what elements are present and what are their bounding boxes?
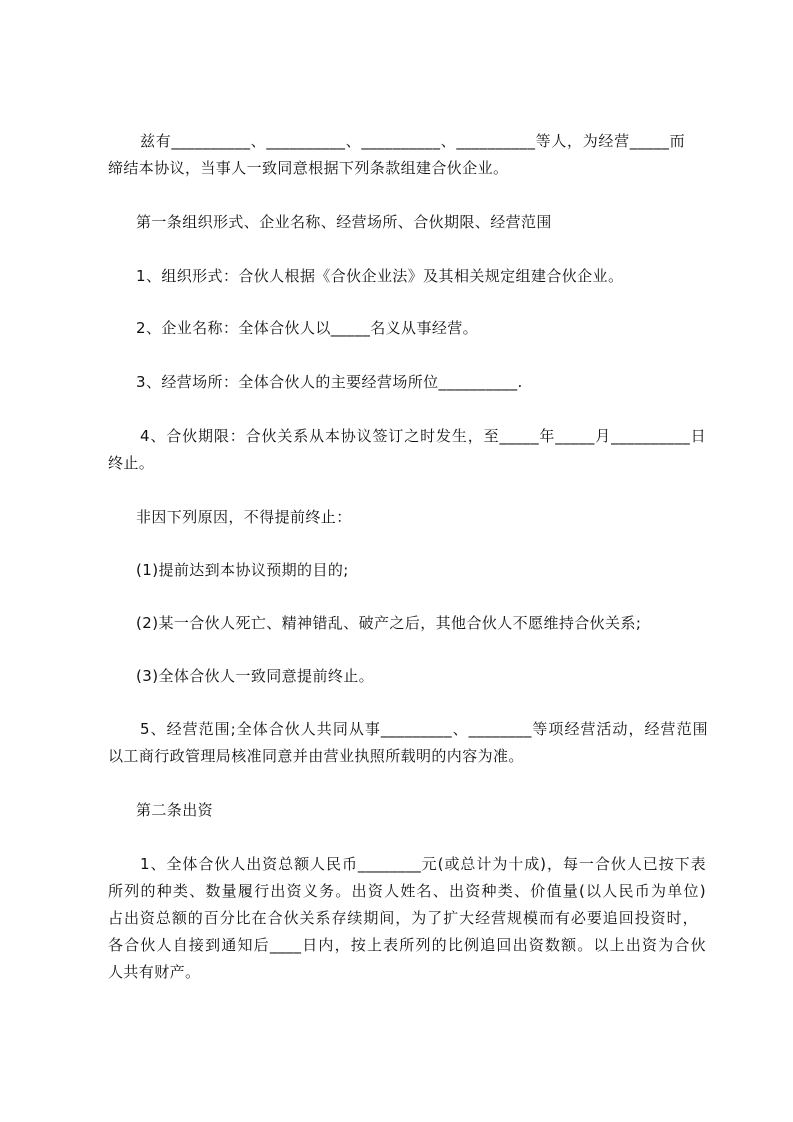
article-2-heading: 第二条出资	[136, 800, 736, 820]
document-page: 兹有__________、__________、__________、_____…	[0, 0, 793, 1122]
termination-clause-1: (1)提前达到本协议预期的目的;	[136, 560, 736, 580]
article-1-item-5-line-1: 5、经营范围;全体合伙人共同从事_________、________等项经营活动…	[140, 719, 708, 739]
article-2-item-1-line-3: 占出资总额的百分比在合伙关系存续期间，为了扩大经营规模而有必要追回投资时，	[108, 908, 698, 928]
article-1-item-4-line-1: 4、合伙期限：合伙关系从本协议签订之时发生，至_____年_____月_____…	[140, 426, 706, 446]
article-2-item-1-line-2: 所列的种类、数量履行出资义务。出资人姓名、出资种类、价值量(以人民币为单位)	[108, 881, 706, 901]
article-1-item-3: 3、经营场所：全体合伙人的主要经营场所位__________.	[136, 372, 736, 392]
article-1-item-4-line-2: 终止。	[108, 453, 708, 473]
intro-line-2: 缔结本协议，当事人一致同意根据下列条款组建合伙企业。	[108, 158, 708, 178]
intro-line-1: 兹有__________、__________、__________、_____…	[140, 131, 685, 151]
termination-clause-3: (3)全体合伙人一致同意提前终止。	[136, 666, 736, 686]
termination-intro: 非因下列原因，不得提前终止：	[136, 507, 736, 527]
article-1-heading: 第一条组织形式、企业名称、经营场所、合伙期限、经营范围	[136, 212, 736, 232]
article-1-item-2: 2、企业名称：全体合伙人以_____名义从事经营。	[136, 318, 736, 338]
article-2-item-1-line-1: 1、全体合伙人出资总额人民币________元(或总计为十成)，每一合伙人已按下…	[140, 854, 706, 874]
article-2-item-1-line-5: 人共有财产。	[108, 962, 708, 982]
termination-clause-2: (2)某一合伙人死亡、精神错乱、破产之后，其他合伙人不愿维持合伙关系;	[136, 613, 736, 633]
article-1-item-5-line-2: 以工商行政管理局核准同意并由营业执照所载明的内容为准。	[108, 746, 708, 766]
article-2-item-1-line-4: 各合伙人自接到通知后____日内，按上表所列的比例追回出资数额。以上出资为合伙	[108, 935, 706, 955]
article-1-item-1: 1、组织形式：合伙人根据《合伙企业法》及其相关规定组建合伙企业。	[136, 266, 736, 286]
